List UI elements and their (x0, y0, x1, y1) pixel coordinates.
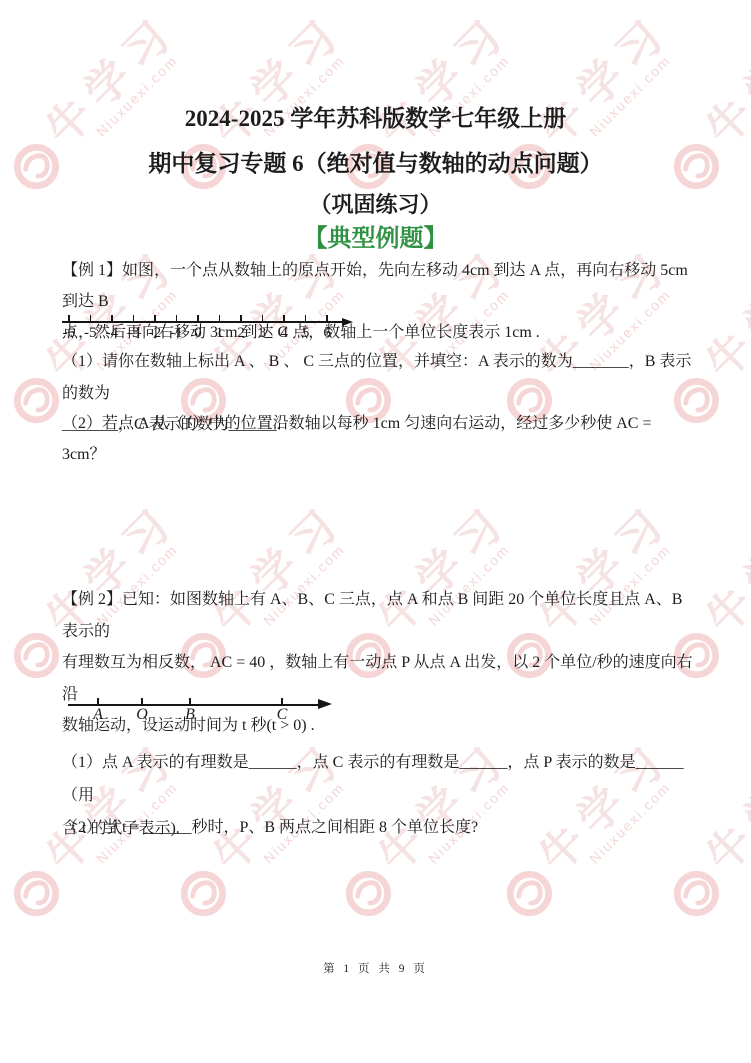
numberline-point-A: A (86, 694, 110, 724)
question-line: （1）请你在数轴上标出 A 、 B 、 C 三点的位置，并填空：A 表示的数为_… (62, 346, 695, 409)
doc-subtitle: （巩固练习） (0, 188, 751, 219)
point-label: O (130, 706, 154, 724)
numberline-labels: -6 -5 -4 -3 -2 -1 0 1 2 3 4 5 6 (58, 323, 338, 343)
example2-question2: （2）当 t = ______秒时，P、B 两点之间相距 8 个单位长度? (62, 812, 695, 843)
tick-label: -3 (123, 323, 145, 343)
tick-label: 2 (230, 323, 252, 343)
tick-label: 0 (187, 323, 209, 343)
numberline-arrow-icon (318, 699, 332, 709)
example2-body-line: 【例 2】已知：如图数轴上有 A、B、C 三点，点 A 和点 B 间距 20 个… (62, 584, 695, 647)
tick-label: -4 (101, 323, 123, 343)
tick-label: 1 (209, 323, 231, 343)
question-line: （2）当 t = ______秒时，P、B 两点之间相距 8 个单位长度? (62, 812, 695, 843)
tick-label: 5 (295, 323, 317, 343)
tick-label: -5 (80, 323, 102, 343)
example2-numberline: A O B C (68, 694, 348, 730)
section-heading: 【典型例题】 (0, 218, 751, 253)
numberline-arrow-icon (342, 318, 353, 326)
worksheet-page: 牛学习Niuxuexi.com牛学习Niuxuexi.com牛学习Niuxuex… (0, 0, 751, 1063)
example1-body-line: 【例 1】如图，一个点从数轴上的原点开始，先向左移动 4cm 到达 A 点，再向… (62, 255, 695, 317)
tick-label: -1 (166, 323, 188, 343)
tick-label: 3 (252, 323, 274, 343)
numberline-point-O: O (130, 694, 154, 724)
point-label: C (270, 706, 294, 724)
example1-numberline: -6 -5 -4 -3 -2 -1 0 1 2 3 4 5 6 (62, 310, 362, 344)
point-label: A (86, 706, 110, 724)
document-content: 2024-2025 学年苏科版数学七年级上册 期中复习专题 6（绝对值与数轴的动… (0, 0, 751, 1063)
point-label: B (178, 706, 202, 724)
tick-label: 4 (273, 323, 295, 343)
example1-question2: （2）若点 A 从（1）中的位置沿数轴以每秒 1cm 匀速向右运动，经过多少秒使… (62, 408, 695, 470)
numberline-point-B: B (178, 694, 202, 724)
doc-title-line1: 2024-2025 学年苏科版数学七年级上册 (0, 100, 751, 133)
tick-label: -6 (58, 323, 80, 343)
tick-label: 6 (316, 323, 338, 343)
numberline-ticks (68, 315, 328, 322)
question-line: （1）点 A 表示的有理数是______，点 C 表示的有理数是______，点… (62, 746, 695, 812)
doc-title-line2: 期中复习专题 6（绝对值与数轴的动点问题） (0, 145, 751, 178)
tick-label: -2 (144, 323, 166, 343)
numberline-point-C: C (270, 694, 294, 724)
question-line: （2）若点 A 从（1）中的位置沿数轴以每秒 1cm 匀速向右运动，经过多少秒使… (62, 408, 695, 470)
page-footer: 第 1 页 共 9 页 (0, 960, 751, 976)
